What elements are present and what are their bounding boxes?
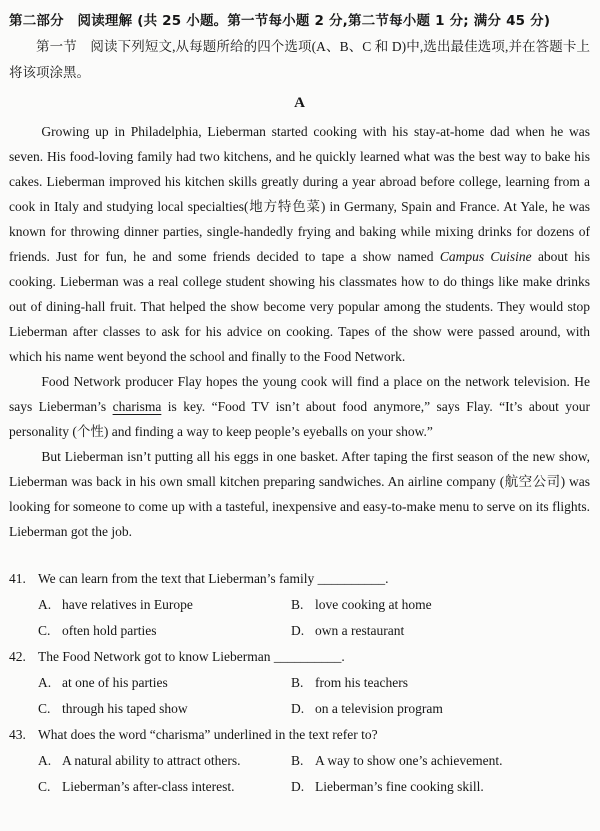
- option-text: often hold parties: [62, 618, 291, 644]
- option-d: D.on a television program: [291, 696, 590, 722]
- option-text: A natural ability to attract others.: [62, 748, 291, 774]
- option-text: have relatives in Europe: [62, 592, 291, 618]
- question-list: 41.We can learn from the text that Liebe…: [9, 566, 590, 800]
- exam-page: 第二部分 阅读理解 (共 25 小题。第一节每小题 2 分,第二节每小题 1 分…: [0, 0, 600, 831]
- option-grid: A.A natural ability to attract others.B.…: [9, 748, 590, 800]
- option-b: B.from his teachers: [291, 670, 590, 696]
- question-43: 43.What does the word “charisma” underli…: [9, 722, 590, 800]
- option-label: C.: [38, 618, 62, 644]
- section-instructions: 第一节 阅读下列短文,从每题所给的四个选项(A、B、C 和 D)中,选出最佳选项…: [9, 34, 590, 86]
- question-42: 42.The Food Network got to know Lieberma…: [9, 644, 590, 722]
- option-text: Lieberman’s after-class interest.: [62, 774, 291, 800]
- option-label: D.: [291, 696, 315, 722]
- option-text: A way to show one’s achievement.: [315, 748, 590, 774]
- option-label: C.: [38, 774, 62, 800]
- option-label: B.: [291, 748, 315, 774]
- question-stem: 41.We can learn from the text that Liebe…: [9, 566, 590, 592]
- part-header: 第二部分 阅读理解 (共 25 小题。第一节每小题 2 分,第二节每小题 1 分…: [9, 8, 590, 34]
- passage-text: about his cooking. Lieberman was a real …: [9, 249, 590, 364]
- option-d: D.own a restaurant: [291, 618, 590, 644]
- option-label: B.: [291, 592, 315, 618]
- option-text: own a restaurant: [315, 618, 590, 644]
- passage-paragraph: But Lieberman isn’t putting all his eggs…: [9, 444, 590, 544]
- option-c: C.often hold parties: [38, 618, 291, 644]
- option-text: at one of his parties: [62, 670, 291, 696]
- option-text: Lieberman’s fine cooking skill.: [315, 774, 590, 800]
- option-label: D.: [291, 774, 315, 800]
- option-label: A.: [38, 748, 62, 774]
- option-label: A.: [38, 670, 62, 696]
- option-a: A.have relatives in Europe: [38, 592, 291, 618]
- option-label: B.: [291, 670, 315, 696]
- question-stem: 43.What does the word “charisma” underli…: [9, 722, 590, 748]
- passage-paragraph: Food Network producer Flay hopes the you…: [9, 369, 590, 444]
- question-stem-text: What does the word “charisma” underlined…: [38, 722, 590, 748]
- option-c: C.Lieberman’s after-class interest.: [38, 774, 291, 800]
- passage-paragraph: Growing up in Philadelphia, Lieberman st…: [9, 119, 590, 369]
- option-text: on a television program: [315, 696, 590, 722]
- option-d: D.Lieberman’s fine cooking skill.: [291, 774, 590, 800]
- option-label: A.: [38, 592, 62, 618]
- passage-text: But Lieberman isn’t putting all his eggs…: [9, 449, 590, 539]
- question-number: 41.: [9, 566, 38, 592]
- passage: Growing up in Philadelphia, Lieberman st…: [9, 119, 590, 544]
- passage-label: A: [9, 95, 590, 112]
- option-c: C.through his taped show: [38, 696, 291, 722]
- option-b: B.A way to show one’s achievement.: [291, 748, 590, 774]
- question-number: 42.: [9, 644, 38, 670]
- option-text: from his teachers: [315, 670, 590, 696]
- question-stem: 42.The Food Network got to know Lieberma…: [9, 644, 590, 670]
- question-41: 41.We can learn from the text that Liebe…: [9, 566, 590, 644]
- question-stem-text: We can learn from the text that Lieberma…: [38, 566, 590, 592]
- question-stem-text: The Food Network got to know Lieberman _…: [38, 644, 590, 670]
- question-number: 43.: [9, 722, 38, 748]
- option-grid: A.have relatives in EuropeB.love cooking…: [9, 592, 590, 644]
- option-text: through his taped show: [62, 696, 291, 722]
- option-b: B.love cooking at home: [291, 592, 590, 618]
- passage-text: Growing up in Philadelphia, Lieberman st…: [9, 124, 590, 264]
- option-text: love cooking at home: [315, 592, 590, 618]
- option-grid: A.at one of his partiesB.from his teache…: [9, 670, 590, 722]
- option-label: D.: [291, 618, 315, 644]
- passage-text-italic: Campus Cuisine: [440, 249, 532, 264]
- option-label: C.: [38, 696, 62, 722]
- option-a: A.A natural ability to attract others.: [38, 748, 291, 774]
- passage-text-underline: charisma: [113, 399, 162, 414]
- option-a: A.at one of his parties: [38, 670, 291, 696]
